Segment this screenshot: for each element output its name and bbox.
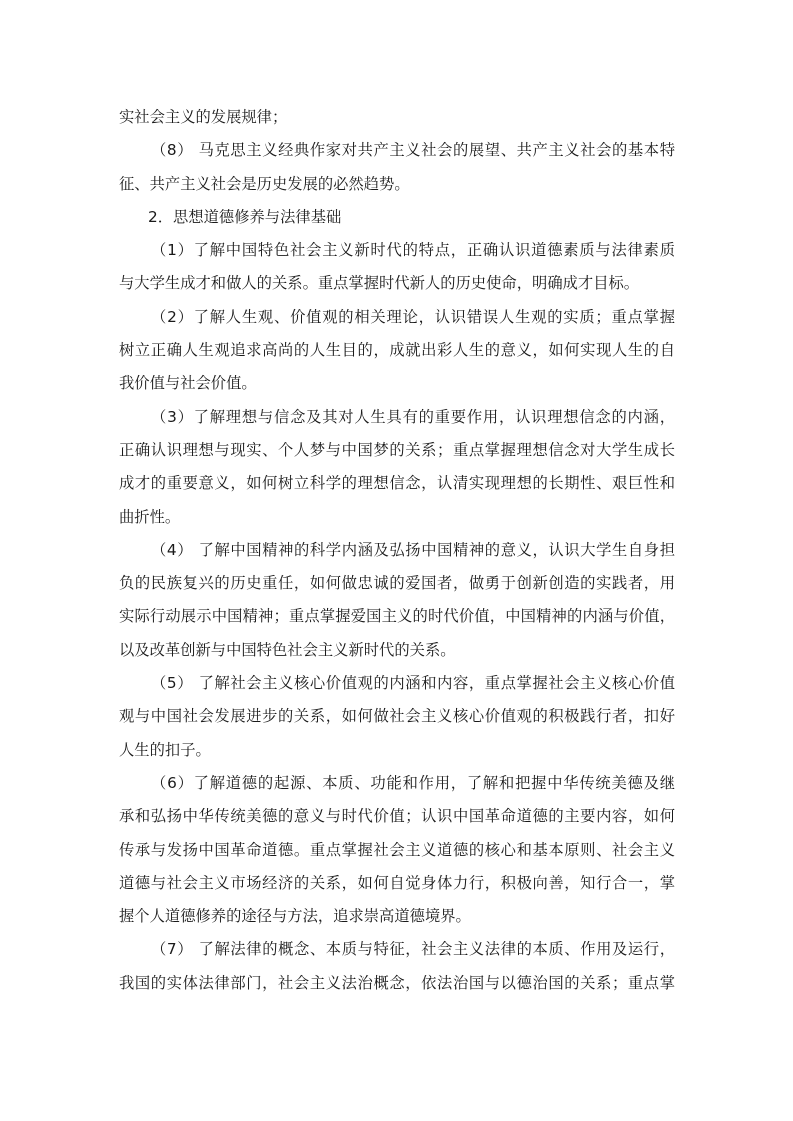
paragraph-item-6: （6）了解道德的起源、本质、功能和作用，了解和把握中华传统美德及继 承和弘扬中华… bbox=[119, 767, 675, 933]
text-line: （6）了解道德的起源、本质、功能和作用，了解和把握中华传统美德及继 bbox=[119, 767, 675, 800]
text-line: （2）了解人生观、价值观的相关理论，认识错误人生观的实质；重点掌握 bbox=[119, 301, 675, 334]
paragraph-item-1: （1）了解中国特色社会主义新时代的特点，正确认识道德素质与法律素质 与大学生成才… bbox=[119, 234, 675, 301]
document-page: 实社会主义的发展规律； （8） 马克思主义经典作家对共产主义社会的展望、共产主义… bbox=[0, 0, 793, 1121]
text-line: 观与中国社会发展进步的关系，如何做社会主义核心价值观的积极践行者，扣好 bbox=[119, 700, 675, 733]
text-line: 实社会主义的发展规律； bbox=[119, 101, 675, 134]
paragraph-item-8: （8） 马克思主义经典作家对共产主义社会的展望、共产主义社会的基本特 征、共产主… bbox=[119, 134, 675, 201]
text-line: 道德与社会主义市场经济的关系，如何自觉身体力行，积极向善，知行合一，掌 bbox=[119, 867, 675, 900]
text-line: 征、共产主义社会是历史发展的必然趋势。 bbox=[119, 168, 675, 201]
text-line: 成才的重要意义，如何树立科学的理想信念，认清实现理想的长期性、艰巨性和 bbox=[119, 467, 675, 500]
text-line: 以及改革创新与中国特色社会主义新时代的关系。 bbox=[119, 634, 675, 667]
text-line: 正确认识理想与现实、个人梦与中国梦的关系；重点掌握理想信念对大学生成长 bbox=[119, 434, 675, 467]
text-line: 人生的扣子。 bbox=[119, 734, 675, 767]
text-line: 负的民族复兴的历史重任，如何做忠诚的爱国者，做勇于创新创造的实践者，用 bbox=[119, 567, 675, 600]
document-body: 实社会主义的发展规律； （8） 马克思主义经典作家对共产主义社会的展望、共产主义… bbox=[119, 101, 675, 1000]
text-line: （4） 了解中国精神的科学内涵及弘扬中国精神的意义，认识大学生自身担 bbox=[119, 534, 675, 567]
text-line: 与大学生成才和做人的关系。重点掌握时代新人的历史使命，明确成才目标。 bbox=[119, 267, 675, 300]
paragraph-item-2: （2）了解人生观、价值观的相关理论，认识错误人生观的实质；重点掌握 树立正确人生… bbox=[119, 301, 675, 401]
text-line: 树立正确人生观追求高尚的人生目的，成就出彩人生的意义，如何实现人生的自 bbox=[119, 334, 675, 367]
text-line: 承和弘扬中华传统美德的意义与时代价值；认识中国革命道德的主要内容，如何 bbox=[119, 800, 675, 833]
text-line: （1）了解中国特色社会主义新时代的特点，正确认识道德素质与法律素质 bbox=[119, 234, 675, 267]
paragraph-item-5: （5） 了解社会主义核心价值观的内涵和内容，重点掌握社会主义核心价值 观与中国社… bbox=[119, 667, 675, 767]
section-heading: 2．思想道德修养与法律基础 bbox=[119, 201, 675, 234]
text-line: （5） 了解社会主义核心价值观的内涵和内容，重点掌握社会主义核心价值 bbox=[119, 667, 675, 700]
text-line: 实际行动展示中国精神；重点掌握爱国主义的时代价值，中国精神的内涵与价值， bbox=[119, 600, 675, 633]
text-line: 传承与发扬中国革命道德。重点掌握社会主义道德的核心和基本原则、社会主义 bbox=[119, 834, 675, 867]
text-line: （8） 马克思主义经典作家对共产主义社会的展望、共产主义社会的基本特 bbox=[119, 134, 675, 167]
text-line: 握个人道德修养的途径与方法，追求崇高道德境界。 bbox=[119, 900, 675, 933]
paragraph-item-7: （7） 了解法律的概念、本质与特征，社会主义法律的本质、作用及运行， 我国的实体… bbox=[119, 933, 675, 1000]
paragraph-item-3: （3）了解理想与信念及其对人生具有的重要作用，认识理想信念的内涵， 正确认识理想… bbox=[119, 401, 675, 534]
text-line: 我价值与社会价值。 bbox=[119, 367, 675, 400]
paragraph-item-4: （4） 了解中国精神的科学内涵及弘扬中国精神的意义，认识大学生自身担 负的民族复… bbox=[119, 534, 675, 667]
text-line: （3）了解理想与信念及其对人生具有的重要作用，认识理想信念的内涵， bbox=[119, 401, 675, 434]
paragraph-continued: 实社会主义的发展规律； bbox=[119, 101, 675, 134]
text-line: 我国的实体法律部门，社会主义法治概念，依法治国与以德治国的关系；重点掌 bbox=[119, 967, 675, 1000]
text-line: （7） 了解法律的概念、本质与特征，社会主义法律的本质、作用及运行， bbox=[119, 933, 675, 966]
text-line: 曲折性。 bbox=[119, 501, 675, 534]
section-title: 2．思想道德修养与法律基础 bbox=[119, 201, 675, 234]
